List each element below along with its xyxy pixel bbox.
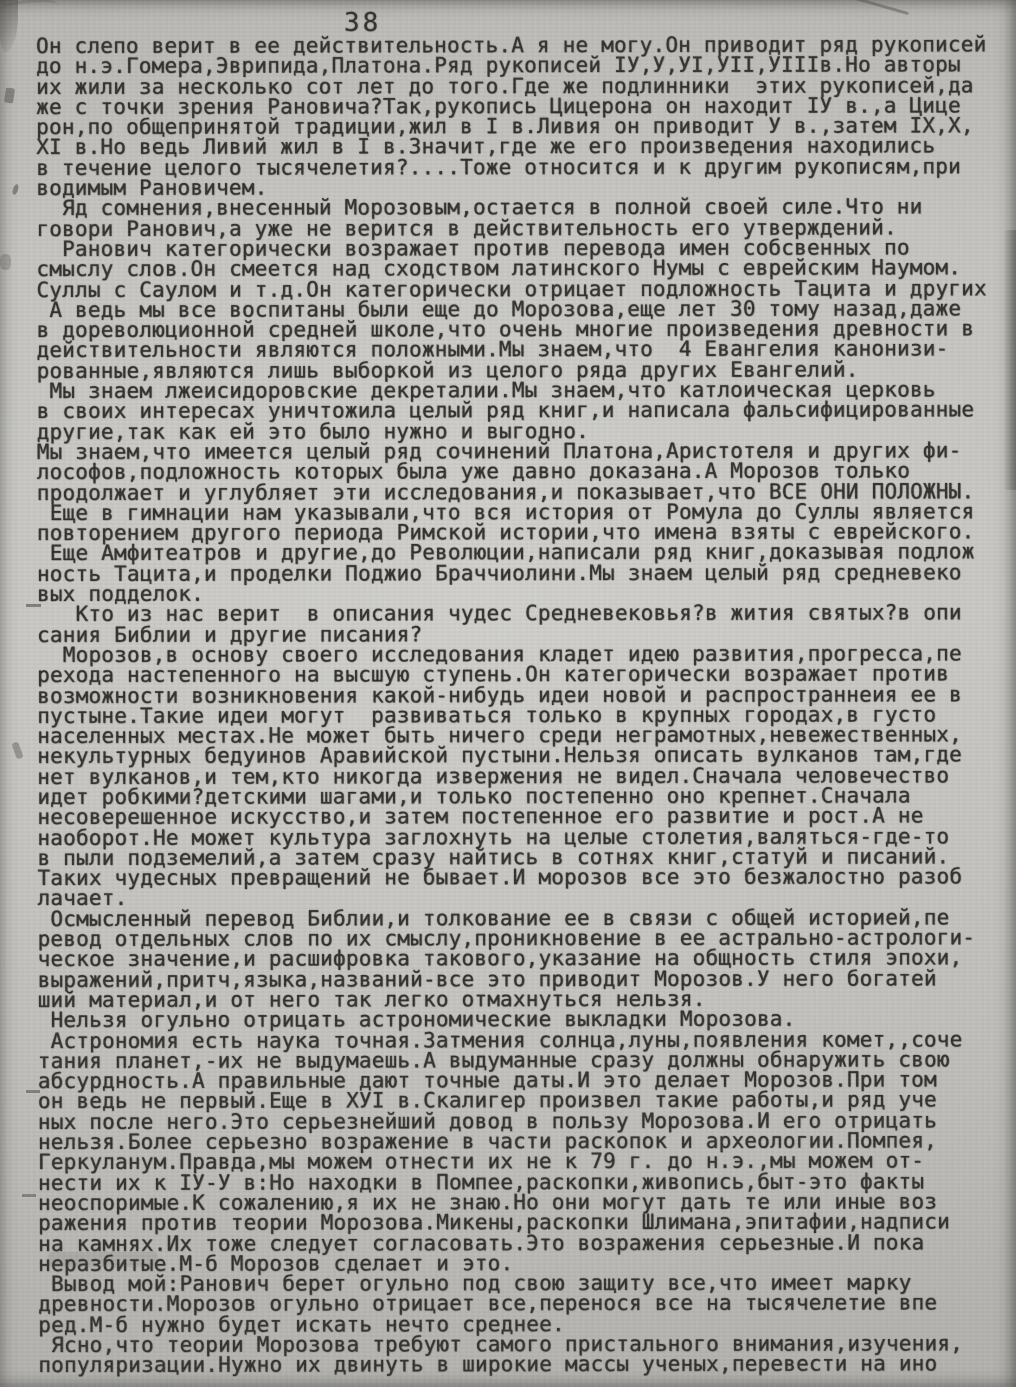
margin-mark [4,87,15,103]
scan-edge-streak [1003,230,1016,490]
margin-mark [0,254,11,270]
typewritten-body-text: Он слепо верит в ее действительность.А я… [36,34,989,1375]
ghost-numeral-smudge [0,0,58,18]
pencil-stroke-mark [837,0,909,15]
scanned-document-page: 38 Он слепо верит в ее действительность.… [0,0,1016,1387]
margin-dash-mark [22,1194,36,1197]
margin-mark [11,183,19,195]
margin-mark [11,741,23,759]
